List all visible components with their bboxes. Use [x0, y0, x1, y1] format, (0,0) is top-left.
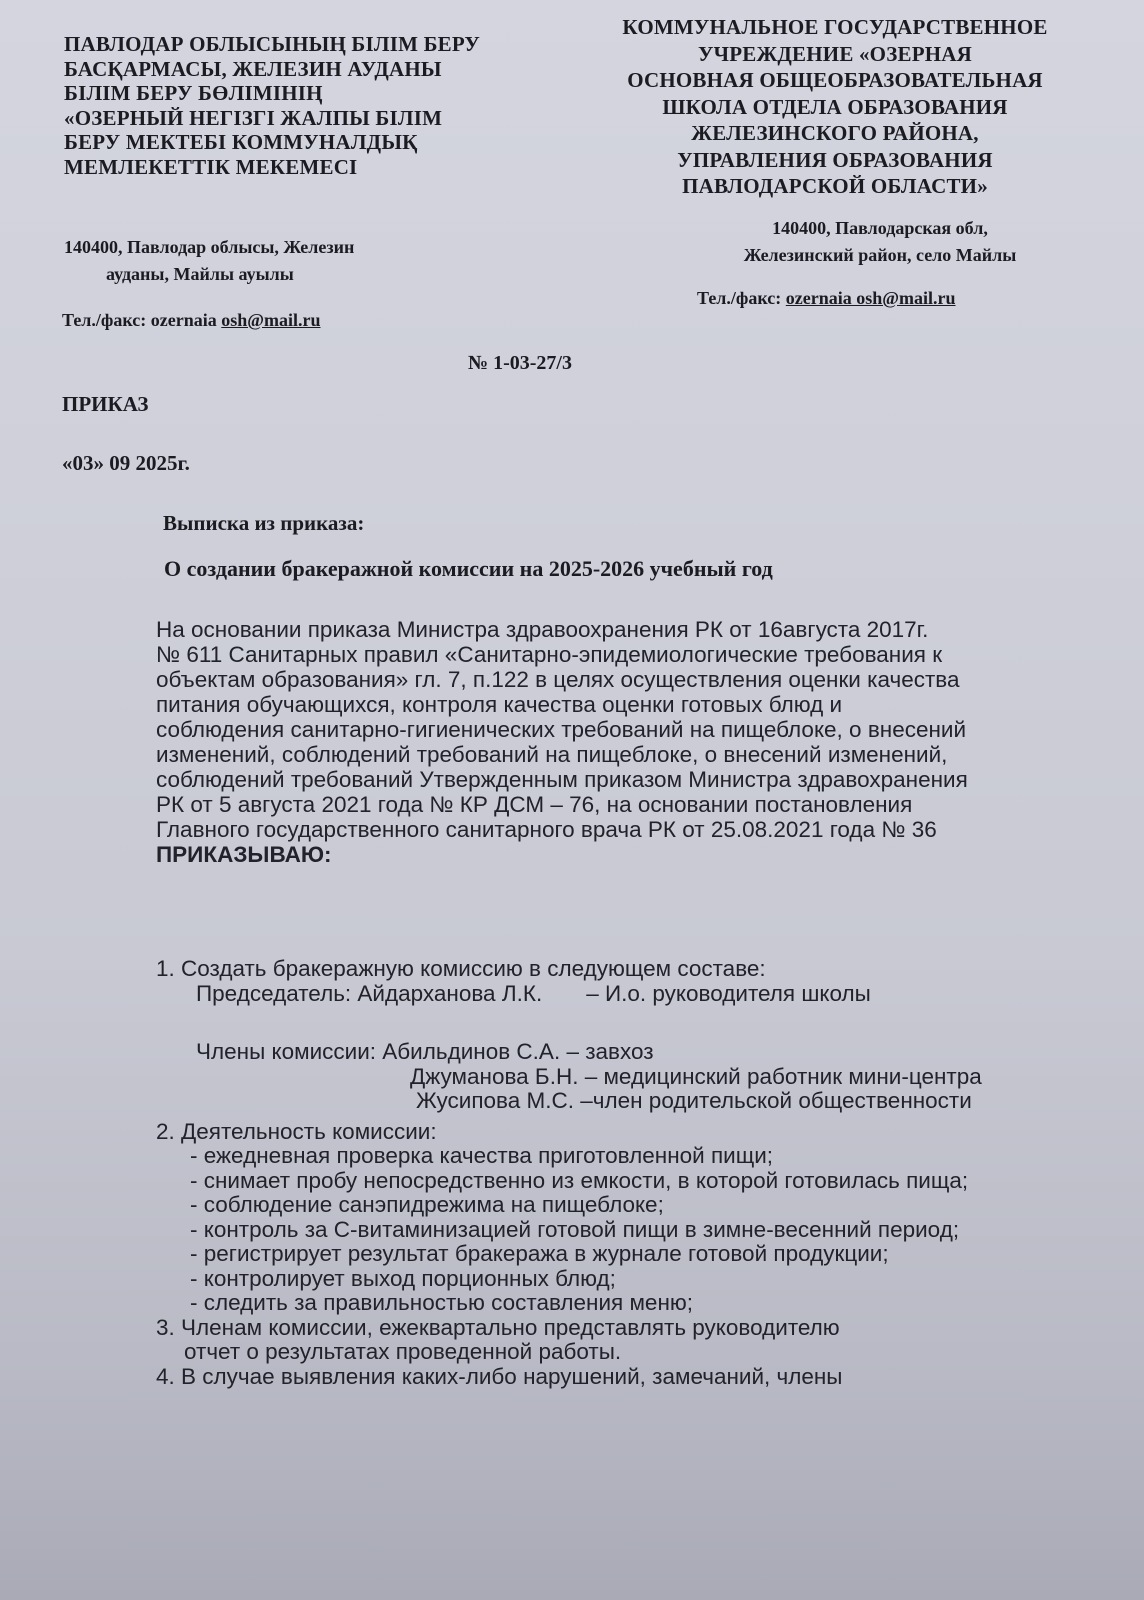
address-kazakh: 140400, Павлодар облысы, Железин ауданы,…	[64, 234, 354, 288]
activity: - соблюдение санэпидрежима на пищеблоке;	[156, 1193, 1116, 1218]
header-line: УПРАВЛЕНИЯ ОБРАЗОВАНИЯ	[596, 147, 1074, 174]
activity: - ежедневная проверка качества приготовл…	[156, 1144, 1116, 1169]
order-date: «03» 09 2025г.	[62, 451, 190, 476]
header-line: КОММУНАЛЬНОЕ ГОСУДАРСТВЕННОЕ	[596, 14, 1074, 41]
email-link[interactable]: osh@mail.ru	[221, 310, 320, 330]
item-2: 2. Деятельность комиссии:	[156, 1120, 1116, 1145]
header-line: БЕРУ МЕКТЕБІ КОММУНАЛДЫҚ	[64, 130, 534, 155]
item-3-continuation: отчет о результатах проведенной работы.	[156, 1340, 1116, 1365]
preamble-line: № 611 Санитарных правил «Санитарно-эпиде…	[156, 642, 1116, 667]
extract-label: Выписка из приказа:	[163, 511, 364, 536]
preamble-line: На основании приказа Министра здравоохра…	[156, 617, 1116, 642]
tel-label: Тел./факс:	[697, 288, 786, 308]
activity: - регистрирует результат бракеража в жур…	[156, 1242, 1116, 1267]
preamble-line: Главного государственного санитарного вр…	[156, 817, 1116, 842]
order-directive: ПРИКАЗЫВАЮ:	[156, 842, 1116, 867]
activity: - следить за правильностью составления м…	[156, 1291, 1116, 1316]
header-line: ШКОЛА ОТДЕЛА ОБРАЗОВАНИЯ	[596, 94, 1074, 121]
order-subject: О создании бракеражной комиссии на 2025-…	[164, 556, 773, 582]
tel-label: Тел./факс: ozernaia	[62, 310, 221, 330]
chairman-name: Председатель: Айдарханова Л.К.	[196, 981, 542, 1006]
order-number: № 1-03-27/3	[468, 352, 572, 375]
preamble: На основании приказа Министра здравоохра…	[156, 617, 1116, 867]
activity: - снимает пробу непосредственно из емкос…	[156, 1169, 1116, 1194]
member: Абильдинов С.А. – завхоз	[382, 1039, 653, 1064]
header-line: ПАВЛОДАРСКОЙ ОБЛАСТИ»	[596, 173, 1074, 200]
contact-kazakh: Тел./факс: ozernaia osh@mail.ru	[62, 310, 321, 331]
contact-russian: Тел./факс: ozernaia osh@mail.ru	[697, 288, 956, 309]
item-3: 3. Членам комиссии, ежеквартально предст…	[156, 1316, 1116, 1341]
address-line: Железинский район, село Майлы	[680, 242, 1080, 269]
chairman: Председатель: Айдарханова Л.К.– И.о. рук…	[156, 982, 1116, 1007]
member: Жусипова М.С. –член родительской обществ…	[416, 1088, 972, 1113]
header-line: БІЛІМ БЕРУ БӨЛІМІНІҢ	[64, 81, 534, 106]
header-line: «ОЗЕРНЫЙ НЕГІЗГІ ЖАЛПЫ БІЛІМ	[64, 106, 534, 131]
item-4: 4. В случае выявления каких-либо нарушен…	[156, 1365, 1116, 1390]
address-line: ауданы, Майлы ауылы	[64, 261, 354, 288]
members-label: Члены комиссии:	[196, 1039, 382, 1064]
preamble-line: соблюдения санитарно-гигиенических требо…	[156, 717, 1116, 742]
member-row: Члены комиссии: Абильдинов С.А. – завхоз	[156, 1040, 1116, 1065]
address-russian: 140400, Павлодарская обл, Железинский ра…	[680, 215, 1080, 269]
item-1: 1. Создать бракеражную комиссию в следую…	[156, 957, 1116, 982]
preamble-line: объектам образования» гл. 7, п.122 в цел…	[156, 667, 1116, 692]
member-row: Джуманова Б.Н. – медицинский работник ми…	[156, 1065, 1116, 1090]
header-line: ОСНОВНАЯ ОБЩЕОБРАЗОВАТЕЛЬНАЯ	[596, 67, 1074, 94]
order-items: 1. Создать бракеражную комиссию в следую…	[156, 957, 1116, 1389]
document-type: ПРИКАЗ	[62, 392, 148, 417]
chairman-role: – И.о. руководителя школы	[586, 981, 871, 1006]
preamble-line: питания обучающихся, контроля качества о…	[156, 692, 1116, 717]
org-header-kazakh: ПАВЛОДАР ОБЛЫСЫНЫҢ БІЛІМ БЕРУ БАСҚАРМАСЫ…	[64, 32, 534, 179]
address-line: 140400, Павлодар облысы, Железин	[64, 234, 354, 261]
email-link[interactable]: ozernaia osh@mail.ru	[786, 288, 956, 308]
org-header-russian: КОММУНАЛЬНОЕ ГОСУДАРСТВЕННОЕ УЧРЕЖДЕНИЕ …	[596, 14, 1074, 200]
activity: - контроль за С-витаминизацией готовой п…	[156, 1218, 1116, 1243]
activity: - контролирует выход порционных блюд;	[156, 1267, 1116, 1292]
header-line: ПАВЛОДАР ОБЛЫСЫНЫҢ БІЛІМ БЕРУ	[64, 32, 534, 57]
preamble-line: соблюдений требований Утвержденным прика…	[156, 767, 1116, 792]
header-line: ЖЕЛЕЗИНСКОГО РАЙОНА,	[596, 120, 1074, 147]
member-row: Жусипова М.С. –член родительской обществ…	[156, 1089, 1116, 1114]
header-line: МЕМЛЕКЕТТІК МЕКЕМЕСІ	[64, 155, 534, 180]
address-line: 140400, Павлодарская обл,	[680, 215, 1080, 242]
preamble-line: РК от 5 августа 2021 года № КР ДСМ – 76,…	[156, 792, 1116, 817]
header-line: БАСҚАРМАСЫ, ЖЕЛЕЗИН АУДАНЫ	[64, 57, 534, 82]
preamble-line: изменений, соблюдений требований на пище…	[156, 742, 1116, 767]
header-line: УЧРЕЖДЕНИЕ «ОЗЕРНАЯ	[596, 41, 1074, 68]
member: Джуманова Б.Н. – медицинский работник ми…	[410, 1064, 982, 1089]
